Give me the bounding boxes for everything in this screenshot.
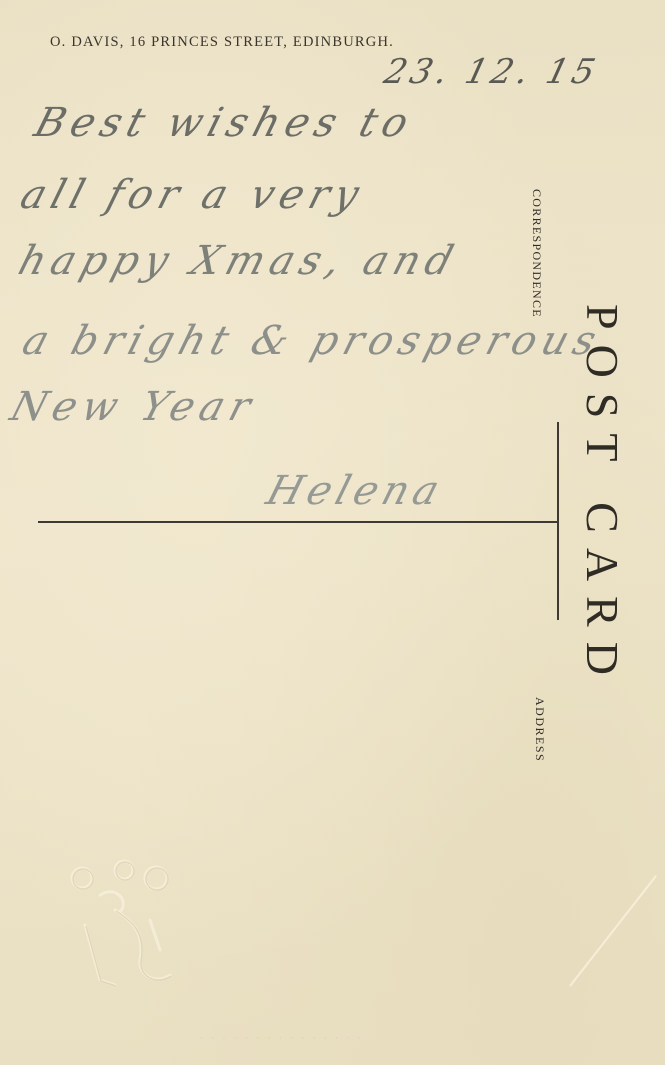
handwritten-date: 23. 12. 15 xyxy=(380,52,603,92)
post-card-title: POST CARD xyxy=(576,304,629,690)
faint-footer-imprint: · · · · · · · · · · · · · · · xyxy=(200,1033,363,1043)
message-line-3: happy Xmas, and xyxy=(13,238,464,284)
message-line-1: Best wishes to xyxy=(29,100,419,146)
message-line-5: New Year xyxy=(5,384,261,430)
publisher-line: O. DAVIS, 16 PRINCES STREET, EDINBURGH. xyxy=(50,34,394,51)
signature: Helena xyxy=(261,468,449,514)
correspondence-label: CORRESPONDENCE xyxy=(529,189,544,318)
address-label: ADDRESS xyxy=(532,697,547,762)
postcard-back: O. DAVIS, 16 PRINCES STREET, EDINBURGH. … xyxy=(0,0,665,1065)
embossed-crest-icon xyxy=(60,850,190,1000)
message-line-2: all for a very xyxy=(15,172,370,218)
corner-crease xyxy=(569,875,657,987)
message-line-4: a bright & prosperous xyxy=(17,318,607,364)
divider-horizontal xyxy=(38,521,558,523)
divider-vertical xyxy=(557,422,559,620)
